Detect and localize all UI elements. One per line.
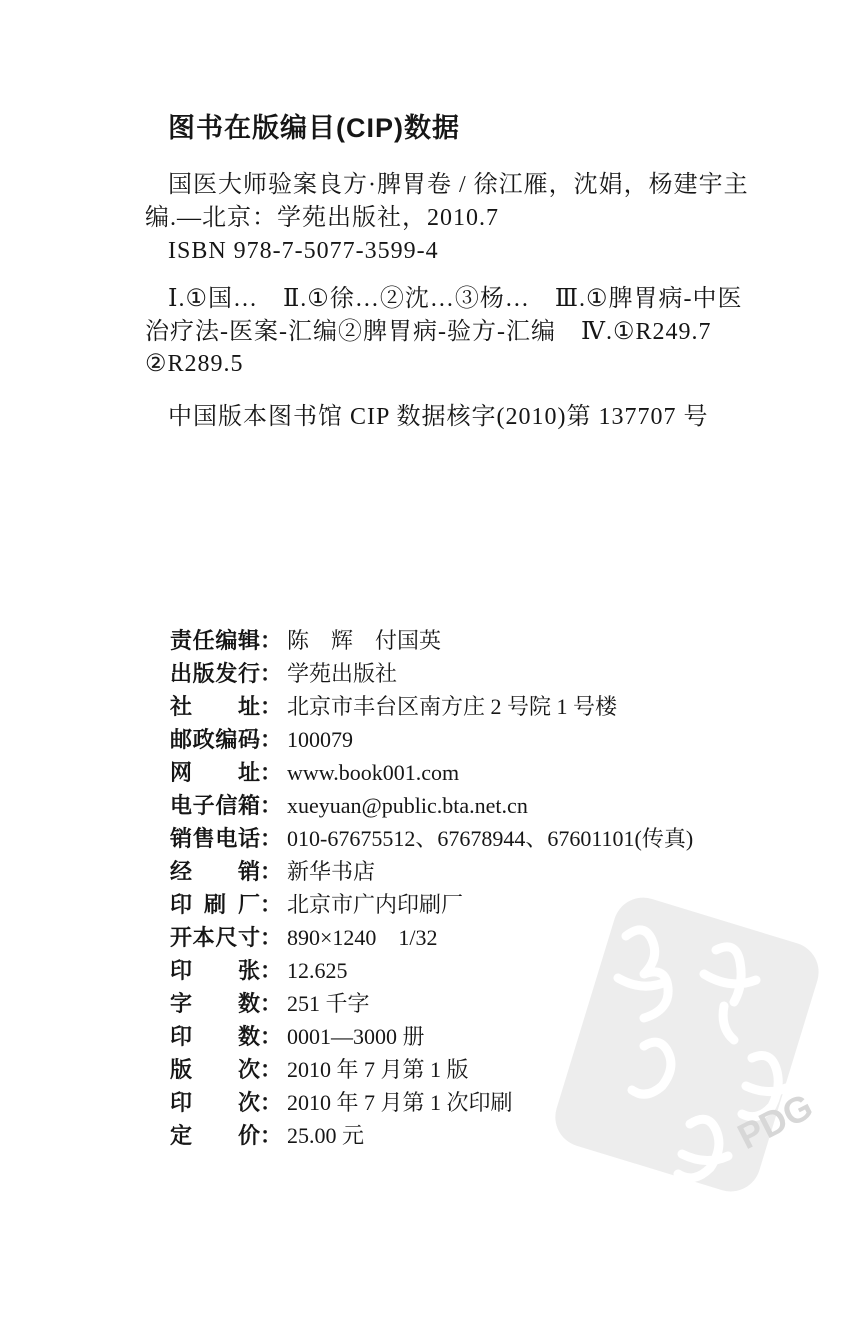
row-separator: ： (260, 760, 282, 785)
row-label: 出版发行 (170, 657, 260, 688)
colophon-row-edition: 版次：2010 年 7 月第 1 版 (170, 1053, 693, 1086)
row-label: 印数 (170, 1020, 260, 1051)
row-value: 2010 年 7 月第 1 次印刷 (287, 1090, 513, 1115)
cip-classification: Ⅰ.①国… Ⅱ.①徐…②沈…③杨… Ⅲ.①脾胃病-中医 治疗法-医案-汇编②脾胃… (145, 283, 742, 381)
row-value: 北京市广内印刷厂 (287, 892, 463, 917)
classification-line-3: ②R289.5 (145, 348, 742, 381)
colophon-row-impression: 印次：2010 年 7 月第 1 次印刷 (170, 1086, 693, 1119)
colophon-row-print-run: 印数：0001—3000 册 (170, 1020, 693, 1053)
row-label: 字数 (170, 987, 260, 1018)
row-value: 0001—3000 册 (287, 1024, 425, 1049)
pdg-watermark-text: PDG (731, 1085, 819, 1157)
row-separator: ： (260, 793, 282, 818)
row-label: 销售电话 (170, 822, 260, 853)
row-separator: ： (260, 661, 282, 686)
row-separator: ： (260, 694, 282, 719)
cip-record-number: 中国版本图书馆 CIP 数据核字(2010)第 137707 号 (168, 396, 708, 431)
colophon-row-price: 定价：25.00 元 (170, 1119, 693, 1152)
cip-description-line-2: 编.—北京：学苑出版社，2010.7 (145, 202, 749, 235)
colophon-row-sales-phone: 销售电话：010-67675512、67678944、67601101(传真) (170, 822, 693, 855)
row-value: 北京市丰台区南方庄 2 号院 1 号楼 (287, 694, 617, 719)
colophon-row-distributor: 经销：新华书店 (170, 855, 693, 888)
cip-title: 图书在版编目(CIP)数据 (168, 106, 460, 145)
row-separator: ： (260, 727, 282, 752)
row-label: 开本尺寸 (170, 921, 260, 952)
colophon-row-postcode: 邮政编码：100079 (170, 723, 693, 756)
colophon-table: 责任编辑：陈 辉 付国英 出版发行：学苑出版社 社址：北京市丰台区南方庄 2 号… (170, 624, 693, 1152)
row-separator: ： (260, 859, 282, 884)
row-value: 251 千字 (287, 991, 370, 1016)
row-separator: ： (260, 925, 282, 950)
row-label: 印次 (170, 1086, 260, 1117)
row-separator: ： (260, 892, 282, 917)
colophon-row-email: 电子信箱：xueyuan@public.bta.net.cn (170, 789, 693, 822)
row-label: 电子信箱 (170, 789, 260, 820)
row-value: www.book001.com (287, 760, 459, 785)
colophon-row-word-count: 字数：251 千字 (170, 987, 693, 1020)
row-separator: ： (260, 958, 282, 983)
colophon-row-editor: 责任编辑：陈 辉 付国英 (170, 624, 693, 657)
colophon-row-format: 开本尺寸：890×1240 1/32 (170, 921, 693, 954)
row-separator: ： (260, 1024, 282, 1049)
row-value: 100079 (287, 727, 353, 752)
row-value: xueyuan@public.bta.net.cn (287, 793, 528, 818)
row-value: 25.00 元 (287, 1123, 364, 1148)
row-separator: ： (260, 991, 282, 1016)
row-separator: ： (260, 1090, 282, 1115)
row-value: 2010 年 7 月第 1 版 (287, 1057, 469, 1082)
row-label: 版次 (170, 1053, 260, 1084)
row-label: 责任编辑 (170, 624, 260, 655)
classification-line-2: 治疗法-医案-汇编②脾胃病-验方-汇编 Ⅳ.①R249.7 (145, 316, 742, 349)
row-label: 印张 (170, 954, 260, 985)
row-label: 定价 (170, 1119, 260, 1150)
cip-description-line-1: 国医大师验案良方·脾胃卷 / 徐江雁，沈娟，杨建宇主 (168, 169, 749, 202)
row-label: 网址 (170, 756, 260, 787)
row-separator: ： (260, 1123, 282, 1148)
row-separator: ： (260, 1057, 282, 1082)
copyright-page: 图书在版编目(CIP)数据 国医大师验案良方·脾胃卷 / 徐江雁，沈娟，杨建宇主… (0, 0, 844, 1317)
row-value: 学苑出版社 (287, 661, 397, 686)
row-label: 社址 (170, 690, 260, 721)
row-label: 邮政编码 (170, 723, 260, 754)
row-label: 经销 (170, 855, 260, 886)
row-value: 12.625 (287, 958, 348, 983)
colophon-row-printer: 印刷厂：北京市广内印刷厂 (170, 888, 693, 921)
isbn-line: ISBN 978-7-5077-3599-4 (168, 235, 749, 268)
colophon-row-sheets: 印张：12.625 (170, 954, 693, 987)
row-value: 010-67675512、67678944、67601101(传真) (287, 826, 693, 851)
row-value: 陈 辉 付国英 (287, 628, 441, 653)
classification-line-1: Ⅰ.①国… Ⅱ.①徐…②沈…③杨… Ⅲ.①脾胃病-中医 (168, 283, 742, 316)
row-separator: ： (260, 826, 282, 851)
colophon-row-address: 社址：北京市丰台区南方庄 2 号院 1 号楼 (170, 690, 693, 723)
row-separator: ： (260, 628, 282, 653)
row-label: 印刷厂 (170, 888, 260, 919)
colophon-row-publisher: 出版发行：学苑出版社 (170, 657, 693, 690)
cip-description: 国医大师验案良方·脾胃卷 / 徐江雁，沈娟，杨建宇主 编.—北京：学苑出版社，2… (145, 169, 749, 268)
row-value: 890×1240 1/32 (287, 925, 438, 950)
row-value: 新华书店 (287, 859, 375, 884)
colophon-row-website: 网址：www.book001.com (170, 756, 693, 789)
